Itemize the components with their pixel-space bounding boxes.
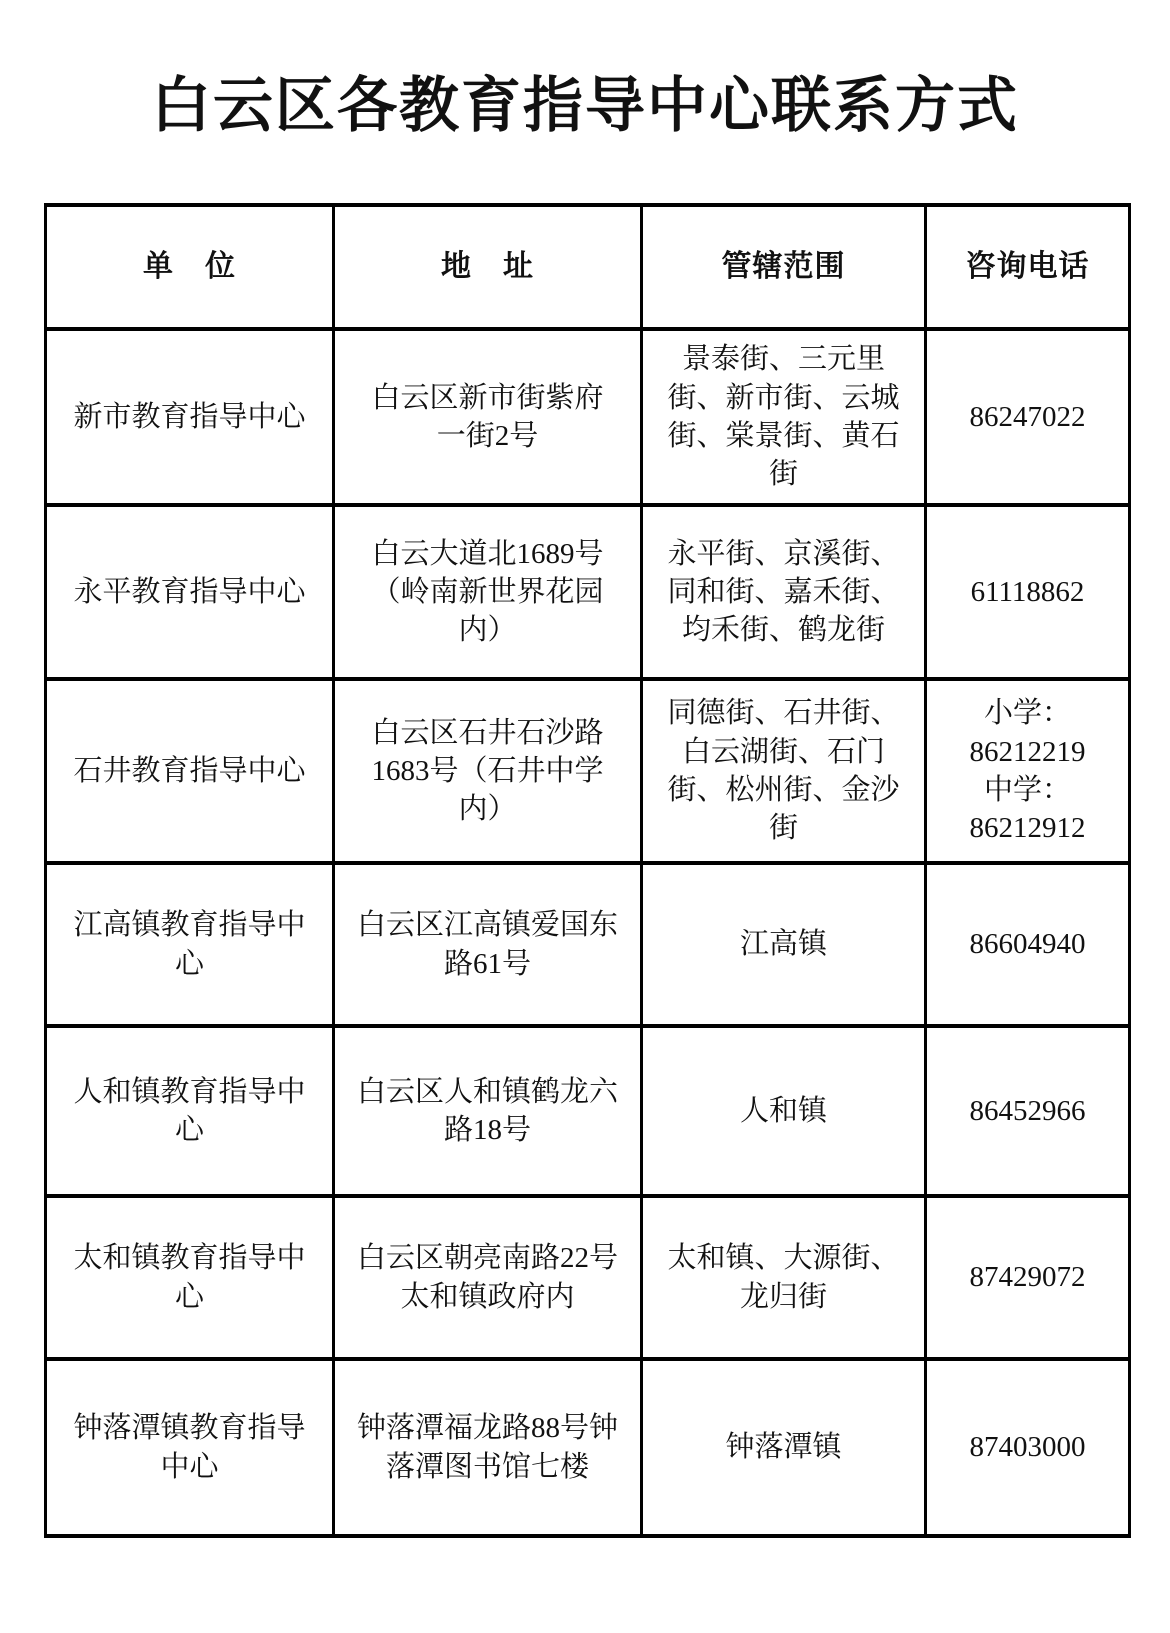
phone-cell: 86247022: [926, 329, 1130, 505]
phone-cell: 86452966: [926, 1026, 1130, 1196]
table-row: 钟落潭镇教育指导 中心 钟落潭福龙路88号钟 落潭图书馆七楼 钟落潭镇 8740…: [46, 1359, 1130, 1536]
phone-cell: 61118862: [926, 505, 1130, 679]
address-cell: 白云区人和镇鹤龙六 路18号: [334, 1026, 642, 1196]
jurisdiction-cell: 太和镇、大源街、 龙归街: [642, 1196, 926, 1359]
phone-cell: 87429072: [926, 1196, 1130, 1359]
contact-table: 单 位 地 址 管辖范围 咨询电话 新市教育指导中心 白云区新市街紫府 一街2号…: [44, 203, 1131, 1538]
column-header-address: 地 址: [334, 205, 642, 329]
phone-cell: 86604940: [926, 863, 1130, 1026]
address-cell: 白云区新市街紫府 一街2号: [334, 329, 642, 505]
header-row: 单 位 地 址 管辖范围 咨询电话: [46, 205, 1130, 329]
table-row: 太和镇教育指导中 心 白云区朝亮南路22号 太和镇政府内 太和镇、大源街、 龙归…: [46, 1196, 1130, 1359]
column-header-phone: 咨询电话: [926, 205, 1130, 329]
table-row: 永平教育指导中心 白云大道北1689号 （岭南新世界花园 内） 永平街、京溪街、…: [46, 505, 1130, 679]
unit-cell: 石井教育指导中心: [46, 679, 334, 863]
jurisdiction-cell: 钟落潭镇: [642, 1359, 926, 1536]
address-cell: 白云大道北1689号 （岭南新世界花园 内）: [334, 505, 642, 679]
table-row: 新市教育指导中心 白云区新市街紫府 一街2号 景泰街、三元里 街、新市街、云城 …: [46, 329, 1130, 505]
address-cell: 钟落潭福龙路88号钟 落潭图书馆七楼: [334, 1359, 642, 1536]
unit-cell: 人和镇教育指导中 心: [46, 1026, 334, 1196]
table-row: 人和镇教育指导中 心 白云区人和镇鹤龙六 路18号 人和镇 86452966: [46, 1026, 1130, 1196]
unit-cell: 永平教育指导中心: [46, 505, 334, 679]
unit-cell: 钟落潭镇教育指导 中心: [46, 1359, 334, 1536]
unit-cell: 太和镇教育指导中 心: [46, 1196, 334, 1359]
table-row: 石井教育指导中心 白云区石井石沙路 1683号（石井中学 内） 同德街、石井街、…: [46, 679, 1130, 863]
column-header-unit: 单 位: [46, 205, 334, 329]
page-title: 白云区各教育指导中心联系方式: [0, 58, 1170, 144]
jurisdiction-cell: 同德街、石井街、 白云湖街、石门 街、松州街、金沙 街: [642, 679, 926, 863]
address-cell: 白云区江高镇爱国东 路61号: [334, 863, 642, 1026]
address-cell: 白云区石井石沙路 1683号（石井中学 内）: [334, 679, 642, 863]
table-row: 江高镇教育指导中 心 白云区江高镇爱国东 路61号 江高镇 86604940: [46, 863, 1130, 1026]
address-cell: 白云区朝亮南路22号 太和镇政府内: [334, 1196, 642, 1359]
jurisdiction-cell: 永平街、京溪街、 同和街、嘉禾街、 均禾街、鹤龙街: [642, 505, 926, 679]
jurisdiction-cell: 景泰街、三元里 街、新市街、云城 街、棠景街、黄石 街: [642, 329, 926, 505]
phone-cell: 小学： 86212219 中学： 86212912: [926, 679, 1130, 863]
phone-cell: 87403000: [926, 1359, 1130, 1536]
unit-cell: 新市教育指导中心: [46, 329, 334, 505]
jurisdiction-cell: 人和镇: [642, 1026, 926, 1196]
unit-cell: 江高镇教育指导中 心: [46, 863, 334, 1026]
jurisdiction-cell: 江高镇: [642, 863, 926, 1026]
document-page: 白云区各教育指导中心联系方式 单 位 地 址 管辖范围 咨询电话 新市教育指导中…: [0, 0, 1170, 1633]
column-header-jurisdiction: 管辖范围: [642, 205, 926, 329]
